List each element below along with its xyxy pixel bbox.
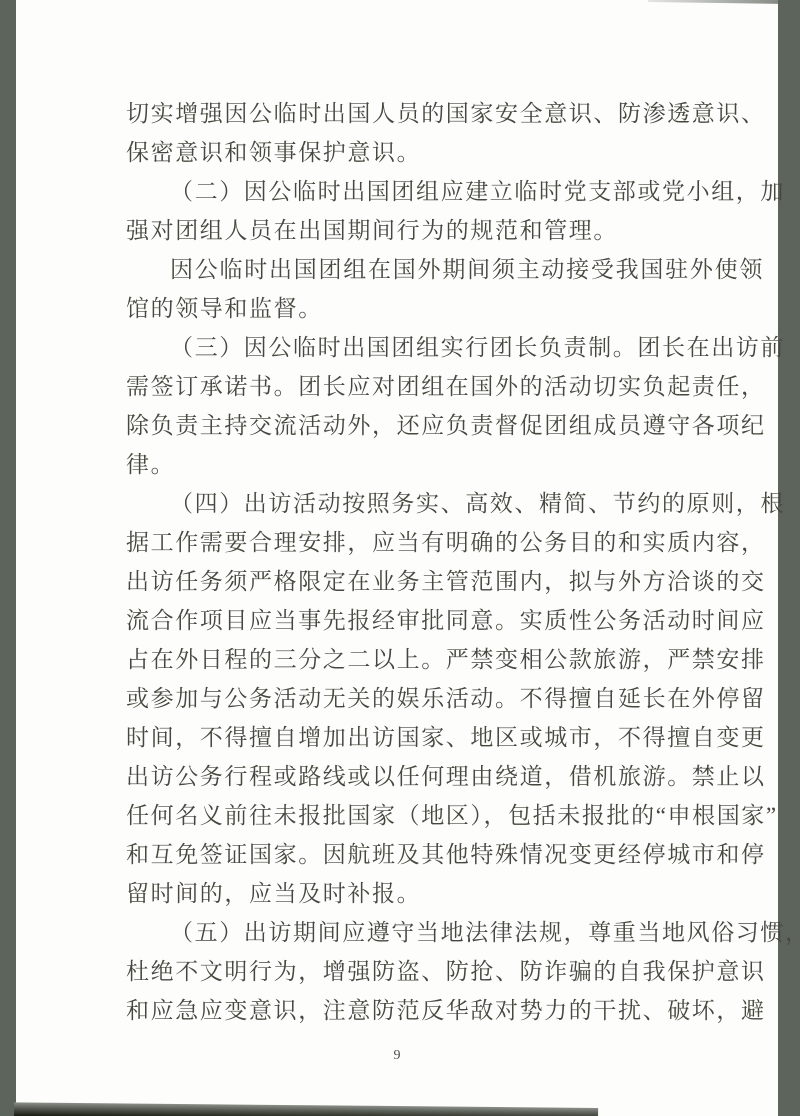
paragraph: （三）因公临时出国团组实行团长负责制。团长在出访前 需签订承诺书。团长应对团组在… [126,328,764,484]
text-line: （四）出访活动按照务实、高效、精简、节约的原则，根 [126,484,764,523]
page-number: 9 [16,1048,778,1064]
text-line: 需签订承诺书。团长应对团组在国外的活动切实负起责任， [126,367,764,406]
text-line: 因公临时出国团组在国外期间须主动接受我国驻外使领 [126,250,764,289]
document-body-text: 切实增强因公临时出国人员的国家安全意识、防渗透意识、 保密意识和领事保护意识。 … [126,94,764,1030]
paragraph: （二）因公临时出国团组应建立临时党支部或党小组，加 强对团组人员在出国期间行为的… [126,172,764,250]
text-line: 任何名义前往未报批国家（地区），包括未报批的“申根国家” [126,796,764,835]
paragraph: 切实增强因公临时出国人员的国家安全意识、防渗透意识、 保密意识和领事保护意识。 [126,94,764,172]
text-line: （五）出访期间应遵守当地法律法规，尊重当地风俗习惯， [126,913,764,952]
text-line: 保密意识和领事保护意识。 [126,133,764,172]
text-line: 和应急应变意识，注意防范反华敌对势力的干扰、破坏，避 [126,991,764,1030]
text-line: 时间，不得擅自增加出访国家、地区或城市，不得擅自变更 [126,718,764,757]
paragraph: （四）出访活动按照务实、高效、精简、节约的原则，根 据工作需要合理安排，应当有明… [126,484,764,913]
text-line: 据工作需要合理安排，应当有明确的公务目的和实质内容， [126,523,764,562]
text-line: 切实增强因公临时出国人员的国家安全意识、防渗透意识、 [126,94,764,133]
text-line: 出访公务行程或路线或以任何理由绕道，借机旅游。禁止以 [126,757,764,796]
text-line: 强对团组人员在出国期间行为的规范和管理。 [126,211,764,250]
text-line: 杜绝不文明行为，增强防盗、防抢、防诈骗的自我保护意识 [126,952,764,991]
text-line: （二）因公临时出国团组应建立临时党支部或党小组，加 [126,172,764,211]
text-line: 留时间的，应当及时补报。 [126,874,764,913]
text-line: 出访任务须严格限定在业务主管范围内，拟与外方洽谈的交 [126,562,764,601]
paragraph: 因公临时出国团组在国外期间须主动接受我国驻外使领 馆的领导和监督。 [126,250,764,328]
text-line: 和互免签证国家。因航班及其他特殊情况变更经停城市和停 [126,835,764,874]
text-line: 或参加与公务活动无关的娱乐活动。不得擅自延长在外停留 [126,679,764,718]
text-line: 律。 [126,445,764,484]
text-line: 占在外日程的三分之二以上。严禁变相公款旅游，严禁安排 [126,640,764,679]
text-line: 馆的领导和监督。 [126,289,764,328]
text-line: 流合作项目应当事先报经审批同意。实质性公务活动时间应 [126,601,764,640]
document-page: 切实增强因公临时出国人员的国家安全意识、防渗透意识、 保密意识和领事保护意识。 … [16,0,778,1116]
text-line: 除负责主持交流活动外，还应负责督促团组成员遵守各项纪 [126,406,764,445]
paragraph: （五）出访期间应遵守当地法律法规，尊重当地风俗习惯， 杜绝不文明行为，增强防盗、… [126,913,764,1030]
text-line: （三）因公临时出国团组实行团长负责制。团长在出访前 [126,328,764,367]
